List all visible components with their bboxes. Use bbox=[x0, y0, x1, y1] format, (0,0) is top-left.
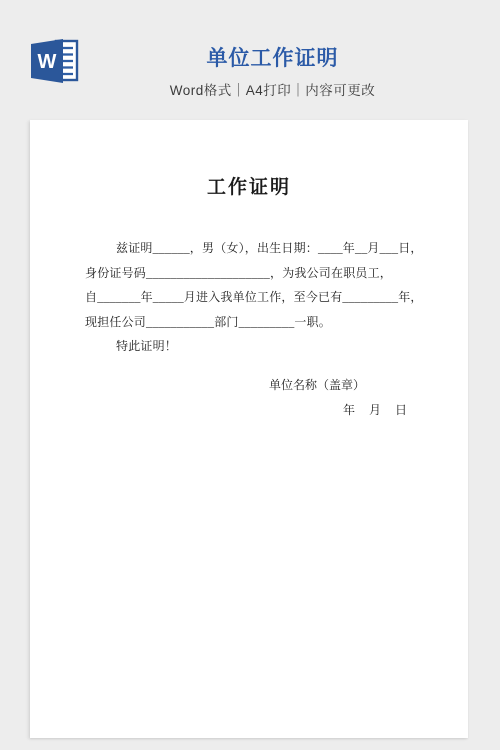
certificate-line-2: 身份证号码____________________，为我公司在职员工， bbox=[85, 261, 468, 286]
page-title: 单位工作证明 bbox=[45, 42, 500, 72]
signature-company-line: 单位名称（盖章） bbox=[30, 373, 408, 398]
signature-block: 单位名称（盖章） 年 月 日 bbox=[30, 373, 468, 423]
document-body: 兹证明______，男（女），出生日期：____年__月___日， 身份证号码_… bbox=[30, 236, 468, 359]
certificate-line-4: 现担任公司___________部门_________一职。 bbox=[85, 310, 468, 335]
certificate-line-3: 自_______年_____月进入我单位工作，至今已有_________年， bbox=[85, 285, 468, 310]
document-title: 工作证明 bbox=[30, 172, 468, 199]
signature-date-line: 年 月 日 bbox=[30, 398, 408, 423]
page-subtitle: Word格式｜A4打印｜内容可更改 bbox=[45, 79, 500, 99]
certificate-line-1: 兹证明______，男（女），出生日期：____年__月___日， bbox=[85, 236, 468, 261]
header-text: 单位工作证明 Word格式｜A4打印｜内容可更改 bbox=[45, 0, 500, 99]
certificate-closing-line: 特此证明！ bbox=[85, 334, 468, 359]
document-page: 工作证明 兹证明______，男（女），出生日期：____年__月___日， 身… bbox=[30, 120, 468, 738]
header: W 单位工作证明 Word格式｜A4打印｜内容可更改 bbox=[0, 0, 500, 120]
template-preview-screen: W 单位工作证明 Word格式｜A4打印｜内容可更改 工作证明 兹证明_____… bbox=[0, 0, 500, 750]
